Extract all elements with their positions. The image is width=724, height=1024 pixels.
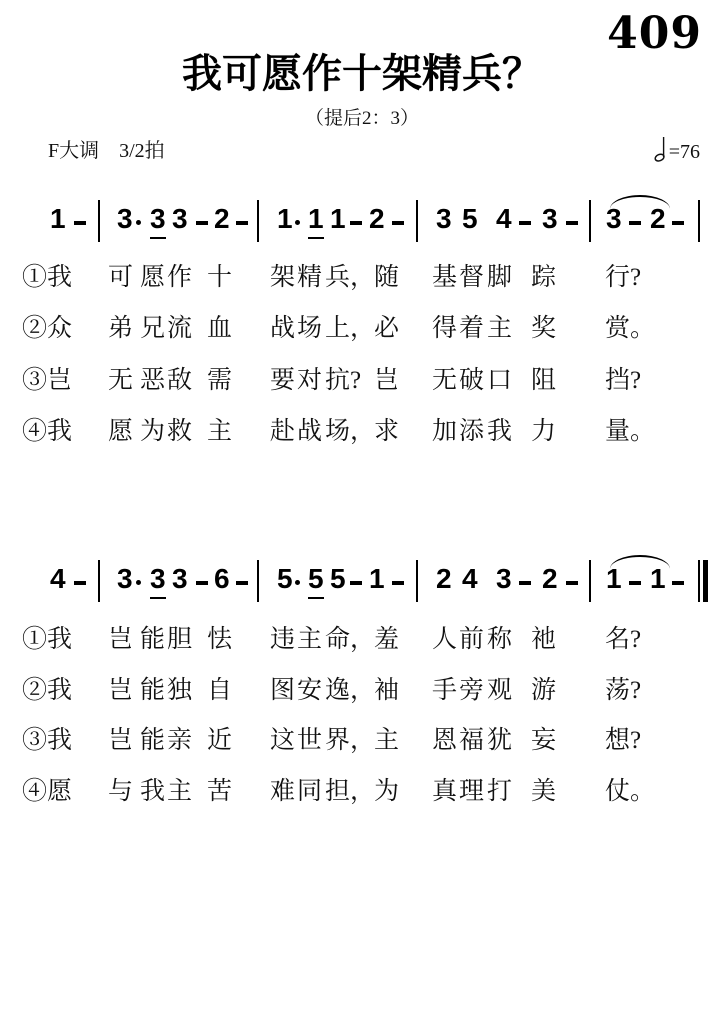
- lyric-syllable: 恩: [432, 727, 457, 755]
- lyric-syllable: 羞: [374, 626, 399, 654]
- notation-line-1: 133321112354332: [0, 202, 724, 248]
- lyric-syllable: 亲: [167, 727, 192, 755]
- lyric-syllable: 仗。: [605, 778, 655, 806]
- note-extension-dash: [672, 581, 684, 585]
- lyric-syllable: 我: [487, 418, 512, 446]
- lyric-syllable: 踪: [531, 264, 556, 292]
- lyric-syllable: 行?: [605, 264, 641, 292]
- lyric-syllable: 添: [459, 418, 484, 446]
- lyric-syllable: 岂: [374, 367, 399, 395]
- lyric-syllable: 袖: [374, 677, 399, 705]
- lyric-syllable: 阻: [531, 367, 556, 395]
- lyric-syllable: 担，: [325, 778, 375, 806]
- lyric-syllable: ③岂: [22, 367, 72, 395]
- barline: [257, 560, 259, 602]
- note-digit: 3: [542, 204, 558, 234]
- barline: [589, 200, 591, 242]
- note-digit: 3: [172, 204, 188, 234]
- lyric-syllable: 着: [459, 315, 484, 343]
- lyric-syllable: 对: [297, 367, 322, 395]
- barline: [98, 560, 100, 602]
- note-digit-underlined: 3: [150, 564, 166, 599]
- lyric-syllable: ②众: [22, 315, 72, 343]
- note-digit: 1: [369, 564, 385, 594]
- note-digit: 2: [369, 204, 385, 234]
- barline: [416, 200, 418, 242]
- note-extension-dash: [350, 581, 362, 585]
- note-digit: 4: [462, 564, 478, 594]
- lyric-syllable: 手: [432, 677, 457, 705]
- hymn-sheet-page: 409 我可愿作十架精兵？ （提后2：3） F大调 3/2拍 =76 13332…: [0, 0, 724, 1024]
- lyric-syllable: 图: [270, 677, 295, 705]
- note-digit: 4: [50, 564, 66, 594]
- lyric-syllable: 近: [207, 727, 232, 755]
- note-digit: 3: [436, 204, 452, 234]
- augmentation-dot: [295, 580, 300, 585]
- lyric-syllable: 十: [207, 264, 232, 292]
- lyric-syllable: 同: [297, 778, 322, 806]
- note-extension-dash: [236, 581, 248, 585]
- lyric-syllable: 需: [207, 367, 232, 395]
- note-extension-dash: [566, 581, 578, 585]
- hymn-number: 409: [607, 12, 702, 56]
- lyric-syllable: 自: [207, 677, 232, 705]
- lyric-syllable: 岂: [108, 677, 133, 705]
- lyric-syllable: 想?: [605, 727, 641, 755]
- lyric-syllable: 违: [270, 626, 295, 654]
- lyric-syllable: 旁: [459, 677, 484, 705]
- lyric-syllable: 打: [487, 778, 512, 806]
- note-extension-dash: [196, 221, 208, 225]
- key-time-row: F大调 3/2拍: [48, 139, 165, 163]
- lyric-syllable: 场，: [325, 418, 375, 446]
- augmentation-dot: [136, 220, 141, 225]
- final-barline: [698, 560, 708, 602]
- lyric-syllable: 要: [270, 367, 295, 395]
- lyric-syllable: 难: [270, 778, 295, 806]
- lyric-syllable: 恶: [140, 367, 165, 395]
- lyric-syllable: 赏。: [605, 315, 655, 343]
- lyric-syllable: 督: [459, 264, 484, 292]
- lyric-syllable: 这: [270, 727, 295, 755]
- lyric-syllable: 妄: [531, 727, 556, 755]
- lyric-syllable: 游: [531, 677, 556, 705]
- lyric-syllable: 福: [459, 727, 484, 755]
- lyric-syllable: 主: [207, 418, 232, 446]
- lyric-syllable: 上，: [325, 315, 375, 343]
- lyric-syllable: 力: [531, 418, 556, 446]
- barline: [257, 200, 259, 242]
- barline: [416, 560, 418, 602]
- lyric-syllable: 赴: [270, 418, 295, 446]
- final-barline-thick: [703, 560, 708, 602]
- lyric-syllable: 血: [207, 315, 232, 343]
- lyric-syllable: 岂: [108, 626, 133, 654]
- lyric-syllable: 可: [108, 264, 133, 292]
- lyric-syllable: 无: [108, 367, 133, 395]
- augmentation-dot: [136, 580, 141, 585]
- note-digit: 3: [117, 564, 133, 594]
- lyric-syllable: 破: [459, 367, 484, 395]
- note-extension-dash: [392, 221, 404, 225]
- note-digit: 1: [277, 204, 293, 234]
- lyric-syllable: 主: [297, 626, 322, 654]
- tempo-value: =76: [669, 134, 700, 164]
- lyric-syllable: 人: [432, 626, 457, 654]
- notation-line-2: 433365551243211: [0, 562, 724, 608]
- lyric-syllable: 愿: [140, 264, 165, 292]
- note-extension-dash: [629, 221, 641, 225]
- lyric-syllable: 兄: [140, 315, 165, 343]
- note-digit: 5: [330, 564, 346, 594]
- lyric-syllable: 救: [167, 418, 192, 446]
- lyric-syllable: ④愿: [22, 778, 72, 806]
- lyric-syllable: 随: [374, 264, 399, 292]
- lyric-syllable: 脚: [487, 264, 512, 292]
- note-digit: 1: [50, 204, 66, 234]
- lyric-verse-row: ①我岂能胆怯违主命，羞人前称祂名?: [0, 626, 724, 656]
- lyric-syllable: 能: [140, 626, 165, 654]
- lyric-syllable: 为: [374, 778, 399, 806]
- lyric-syllable: 场: [297, 315, 322, 343]
- lyric-syllable: 祂: [531, 626, 556, 654]
- lyric-syllable: 理: [459, 778, 484, 806]
- lyric-syllable: 我: [140, 778, 165, 806]
- lyric-syllable: 胆: [167, 626, 192, 654]
- note-extension-dash: [629, 581, 641, 585]
- note-extension-dash: [74, 581, 86, 585]
- lyric-syllable: 为: [140, 418, 165, 446]
- note-digit: 4: [496, 204, 512, 234]
- note-digit: 3: [117, 204, 133, 234]
- lyric-syllable: ①我: [22, 264, 72, 292]
- note-extension-dash: [74, 221, 86, 225]
- lyric-syllable: 架: [270, 264, 295, 292]
- lyric-syllable: 必: [374, 315, 399, 343]
- hymn-title: 我可愿作十架精兵？: [0, 52, 724, 96]
- lyric-syllable: 弟: [108, 315, 133, 343]
- note-digit-underlined: 3: [150, 204, 166, 239]
- lyric-syllable: 美: [531, 778, 556, 806]
- lyric-syllable: 怯: [207, 626, 232, 654]
- note-extension-dash: [566, 221, 578, 225]
- note-digit: 5: [462, 204, 478, 234]
- final-barline-thin: [698, 560, 700, 602]
- key-signature: F大调: [48, 139, 99, 163]
- slur-arc: [610, 195, 670, 209]
- lyric-syllable: 苦: [207, 778, 232, 806]
- lyric-syllable: ④我: [22, 418, 72, 446]
- lyric-syllable: 挡?: [605, 367, 641, 395]
- lyric-syllable: 战: [297, 418, 322, 446]
- lyric-syllable: 前: [459, 626, 484, 654]
- note-extension-dash: [519, 221, 531, 225]
- lyric-verse-row: ④愿与我主苦难同担，为真理打美仗。: [0, 778, 724, 808]
- barline: [98, 200, 100, 242]
- note-extension-dash: [519, 581, 531, 585]
- lyric-syllable: 无: [432, 367, 457, 395]
- lyric-syllable: 界，: [325, 727, 375, 755]
- augmentation-dot: [295, 220, 300, 225]
- lyric-syllable: 真: [432, 778, 457, 806]
- lyric-syllable: 能: [140, 727, 165, 755]
- lyric-syllable: 愿: [108, 418, 133, 446]
- lyric-syllable: 岂: [108, 727, 133, 755]
- note-digit: 1: [330, 204, 346, 234]
- lyric-syllable: 战: [270, 315, 295, 343]
- note-extension-dash: [672, 221, 684, 225]
- half-note-icon: [654, 134, 667, 164]
- note-digit: 2: [436, 564, 452, 594]
- note-digit-underlined: 5: [308, 564, 324, 599]
- lyric-syllable: 流: [167, 315, 192, 343]
- lyric-syllable: 得: [432, 315, 457, 343]
- lyric-syllable: 主: [167, 778, 192, 806]
- lyric-syllable: 基: [432, 264, 457, 292]
- note-extension-dash: [350, 221, 362, 225]
- note-digit: 3: [496, 564, 512, 594]
- lyric-syllable: ①我: [22, 626, 72, 654]
- lyric-syllable: 能: [140, 677, 165, 705]
- lyric-syllable: 敌: [167, 367, 192, 395]
- lyric-syllable: 量。: [605, 418, 655, 446]
- lyric-verse-row: ①我可愿作十架精兵，随基督脚踪行?: [0, 264, 724, 294]
- lyric-syllable: 精: [297, 264, 322, 292]
- note-digit: 2: [214, 204, 230, 234]
- lyric-syllable: 抗?: [325, 367, 361, 395]
- lyric-syllable: 世: [297, 727, 322, 755]
- lyric-syllable: 观: [487, 677, 512, 705]
- lyric-syllable: 安: [297, 677, 322, 705]
- scripture-reference: （提后2：3）: [0, 108, 724, 131]
- lyric-syllable: 与: [108, 778, 133, 806]
- lyric-syllable: ②我: [22, 677, 72, 705]
- lyric-verse-row: ③我岂能亲近这世界，主恩福犹妄想?: [0, 727, 724, 757]
- note-digit-underlined: 1: [308, 204, 324, 239]
- tempo-marking: =76: [654, 134, 700, 164]
- barline: [698, 200, 700, 242]
- lyric-syllable: 求: [374, 418, 399, 446]
- lyric-syllable: 荡?: [605, 677, 641, 705]
- lyric-syllable: 独: [167, 677, 192, 705]
- barline: [589, 560, 591, 602]
- note-extension-dash: [236, 221, 248, 225]
- lyric-syllable: 奖: [531, 315, 556, 343]
- lyric-syllable: 称: [487, 626, 512, 654]
- note-extension-dash: [392, 581, 404, 585]
- lyric-syllable: 主: [374, 727, 399, 755]
- note-extension-dash: [196, 581, 208, 585]
- note-digit: 6: [214, 564, 230, 594]
- lyric-verse-row: ③岂无恶敌需要对抗?岂无破口阻挡?: [0, 367, 724, 397]
- lyric-syllable: 命，: [325, 626, 375, 654]
- lyric-syllable: ③我: [22, 727, 72, 755]
- lyric-syllable: 犹: [487, 727, 512, 755]
- time-signature: 3/2拍: [119, 139, 165, 163]
- note-digit: 2: [542, 564, 558, 594]
- lyric-syllable: 加: [432, 418, 457, 446]
- lyric-syllable: 主: [487, 315, 512, 343]
- slur-arc: [610, 555, 670, 569]
- lyric-verse-row: ④我愿为救主赴战场，求加添我力量。: [0, 418, 724, 448]
- lyric-verse-row: ②我岂能独自图安逸，袖手旁观游荡?: [0, 677, 724, 707]
- lyric-syllable: 口: [487, 367, 512, 395]
- lyric-syllable: 兵，: [325, 264, 375, 292]
- note-digit: 5: [277, 564, 293, 594]
- lyric-syllable: 名?: [605, 626, 641, 654]
- lyric-syllable: 作: [167, 264, 192, 292]
- lyric-syllable: 逸，: [325, 677, 375, 705]
- note-digit: 3: [172, 564, 188, 594]
- lyric-verse-row: ②众弟兄流血战场上，必得着主奖赏。: [0, 315, 724, 345]
